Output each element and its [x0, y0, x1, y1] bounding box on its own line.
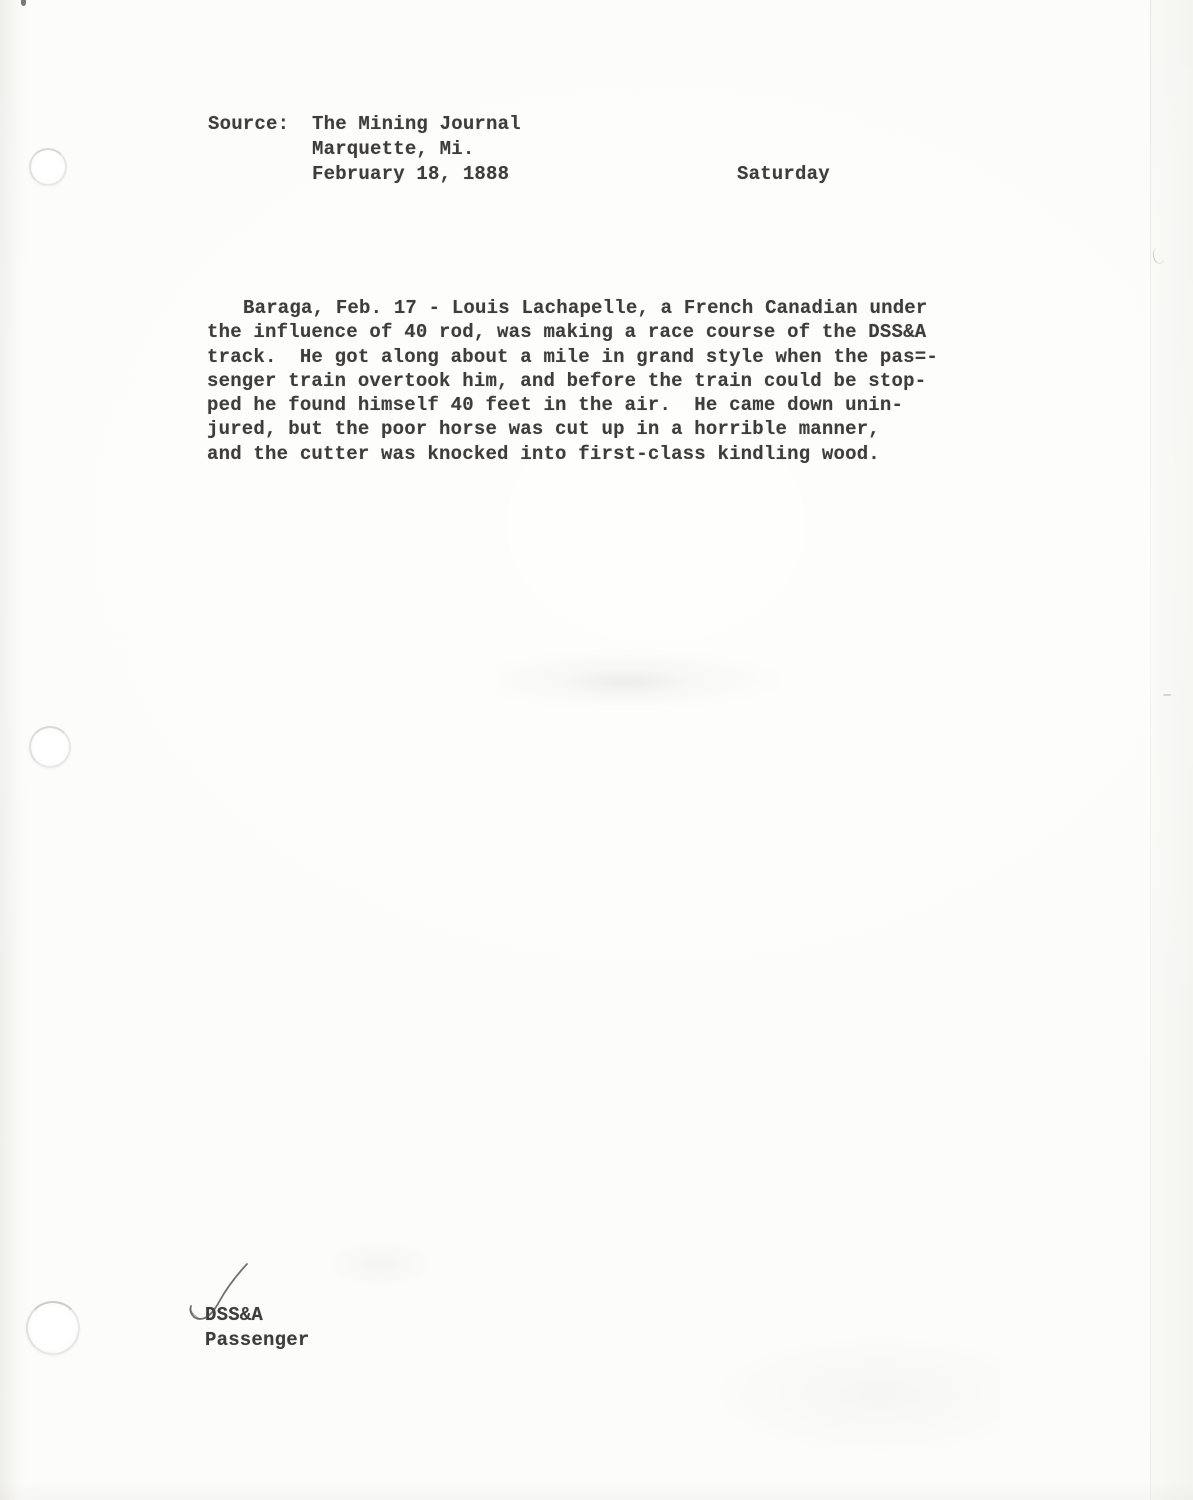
tiny-speck — [1163, 694, 1171, 696]
article-line: senger train overtook him, and before th… — [207, 370, 926, 392]
source-citation: The Mining Journal Marquette, Mi. Februa… — [312, 112, 521, 187]
filing-annotation: DSS&A Passenger — [205, 1303, 309, 1353]
filing-category: Passenger — [205, 1329, 309, 1351]
scanned-page — [0, 0, 1193, 1500]
article-line: jured, but the poor horse was cut up in … — [207, 418, 880, 440]
filing-subject: DSS&A — [205, 1304, 263, 1326]
article-line: ped he found himself 40 feet in the air.… — [207, 394, 903, 416]
citation-date: February 18, 1888 — [312, 163, 509, 185]
article-line: and the cutter was knocked into first-cl… — [207, 443, 880, 465]
corner-speck — [21, 0, 26, 6]
citation-location: Marquette, Mi. — [312, 138, 474, 160]
article-line: Baraga, Feb. 17 - Louis Lachapelle, a Fr… — [207, 297, 928, 319]
scanner-background-strip — [1151, 0, 1193, 1500]
hole-punch-bottom — [26, 1301, 80, 1355]
article-line: the influence of 40 rod, was making a ra… — [207, 321, 926, 343]
citation-publication: The Mining Journal — [312, 113, 521, 135]
article-body: Baraga, Feb. 17 - Louis Lachapelle, a Fr… — [207, 296, 938, 466]
weekday-label: Saturday — [737, 162, 830, 186]
hole-punch-middle — [29, 726, 71, 768]
article-line: track. He got along about a mile in gran… — [207, 346, 938, 368]
hole-punch-top — [29, 148, 67, 186]
source-label: Source: — [208, 112, 289, 136]
